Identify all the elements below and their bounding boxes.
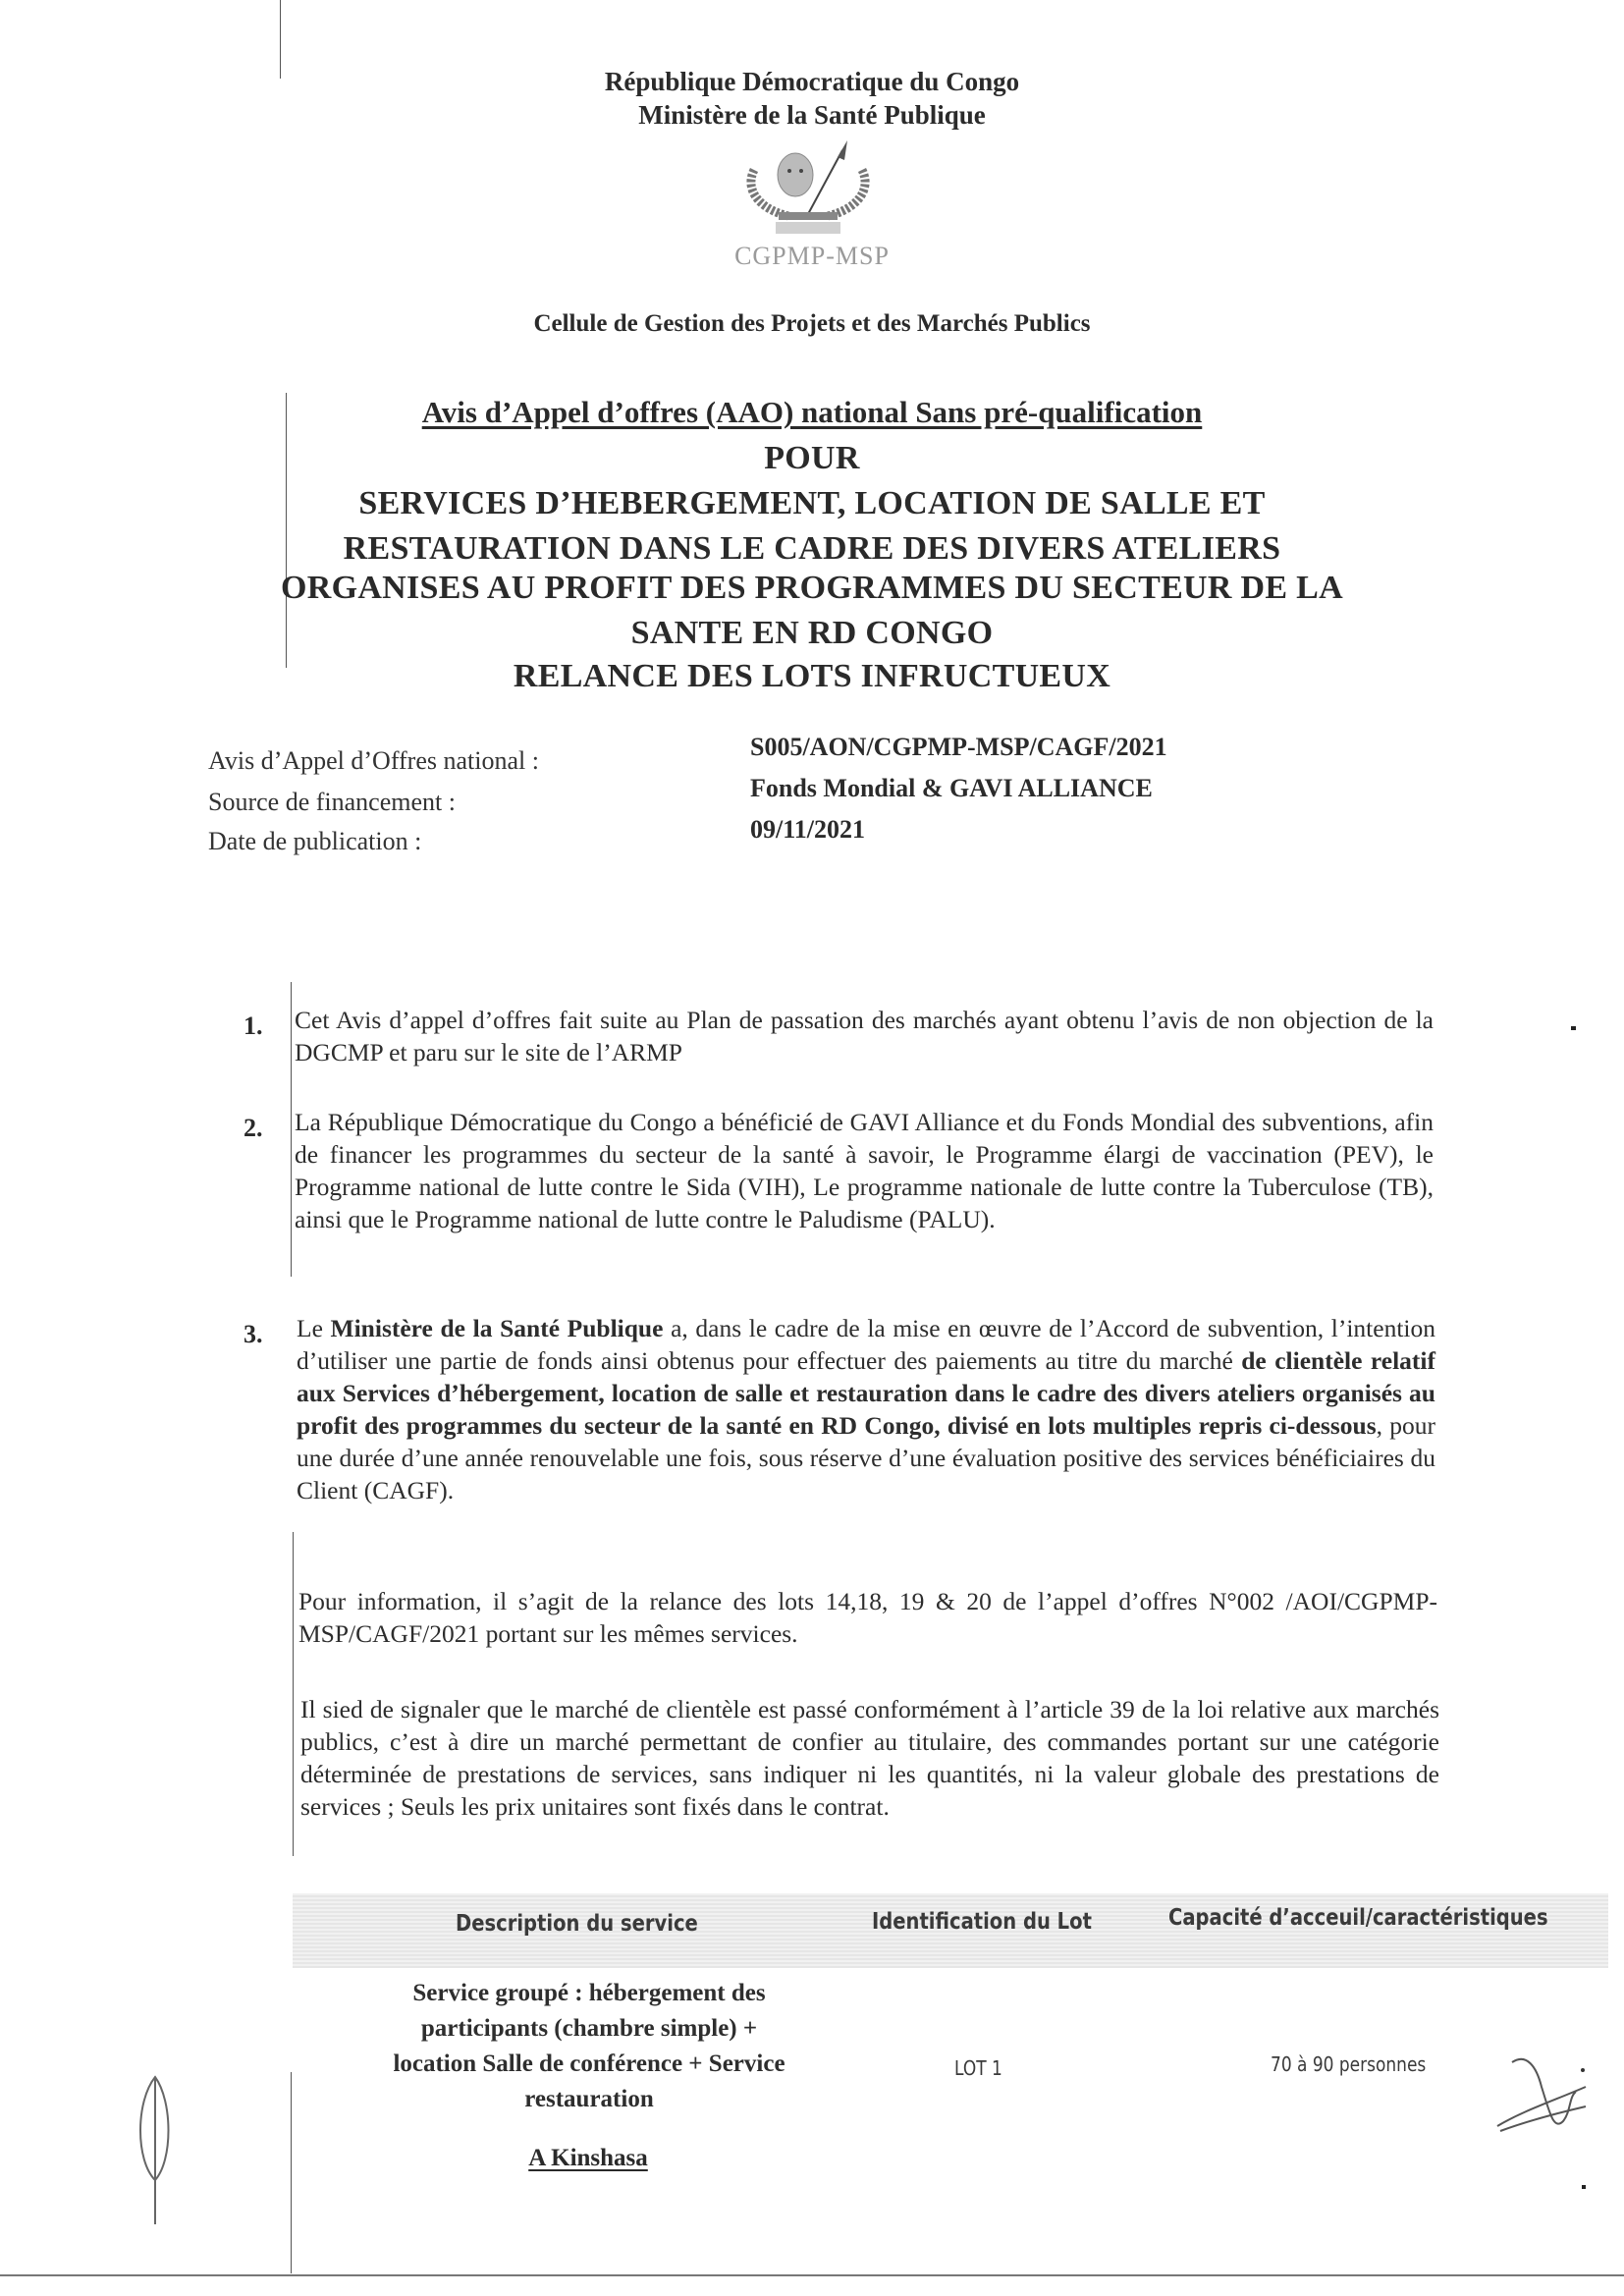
row-description-line-3: location Salle de conférence + Service (324, 2047, 854, 2082)
org-acronym: CGPMP-MSP (0, 242, 1624, 271)
notice-title: Avis d’Appel d’offres (AAO) national San… (0, 395, 1624, 430)
location-text: A Kinshasa (528, 2145, 648, 2171)
meta-label-notice: Avis d’Appel d’Offres national : (208, 746, 539, 776)
paragraph-2: La République Démocratique du Congo a bé… (295, 1106, 1434, 1235)
ministry-name: Ministère de la Santé Publique (0, 100, 1624, 131)
title-line-3: ORGANISES AU PROFIT DES PROGRAMMES DU SE… (0, 570, 1624, 607)
title-line-4: SANTE EN RD CONGO (0, 615, 1624, 652)
country-name: République Démocratique du Congo (0, 67, 1624, 97)
row-description-line-2: participants (chambre simple) + (324, 2011, 854, 2047)
initials-mark-icon (126, 2072, 185, 2229)
scan-dot (1571, 1026, 1576, 1030)
item-number-2: 2. (244, 1114, 263, 1143)
margin-line-body-2 (293, 1532, 294, 1856)
paragraph-article-39: Il sied de signaler que le marché de cli… (300, 1693, 1439, 1823)
table-header-capacity: Capacité d’acceuil/caractéristiques (1168, 1905, 1548, 1931)
meta-value-notice: S005/AON/CGPMP-MSP/CAGF/2021 (750, 733, 1167, 762)
meta-label-date: Date de publication : (208, 827, 421, 856)
table-header-description: Description du service (456, 1911, 698, 1937)
meta-value-funding: Fonds Mondial & GAVI ALLIANCE (750, 774, 1153, 803)
signature-icon (1492, 2052, 1600, 2141)
page-bottom-edge (0, 2274, 1624, 2276)
p3-text-1: Le (297, 1314, 331, 1342)
title-line-1: SERVICES D’HEBERGEMENT, LOCATION DE SALL… (0, 485, 1624, 522)
table-row: Service groupé : hébergement des partici… (324, 1976, 854, 2117)
title-line-5: RELANCE DES LOTS INFRUCTUEUX (0, 658, 1624, 695)
p3-bold-ministry: Ministère de la Santé Publique (331, 1314, 664, 1342)
unit-name: Cellule de Gestion des Projets et des Ma… (0, 310, 1624, 338)
scan-dot (1582, 2185, 1586, 2189)
margin-line-table (291, 2072, 292, 2273)
item-number-3: 3. (244, 1320, 263, 1349)
coat-of-arms-icon (734, 136, 882, 234)
paragraph-info: Pour information, il s’agit de la relanc… (298, 1585, 1437, 1650)
row-description-line-1: Service groupé : hébergement des (324, 1976, 854, 2011)
title-pour: POUR (0, 440, 1624, 477)
paragraph-1: Cet Avis d’appel d’offres fait suite au … (295, 1004, 1434, 1068)
row-lot: LOT 1 (954, 2056, 1002, 2080)
item-number-1: 1. (244, 1011, 263, 1041)
title-line-2: RESTAURATION DANS LE CADRE DES DIVERS AT… (0, 530, 1624, 568)
paragraph-3: Le Ministère de la Santé Publique a, dan… (297, 1312, 1435, 1506)
table-header-lot: Identification du Lot (872, 1909, 1092, 1935)
row-capacity: 70 à 90 personnes (1271, 2052, 1426, 2076)
row-description-line-4: restauration (324, 2082, 854, 2117)
margin-line-body (291, 982, 292, 1277)
meta-label-funding: Source de financement : (208, 788, 456, 817)
meta-value-date: 09/11/2021 (750, 815, 865, 845)
